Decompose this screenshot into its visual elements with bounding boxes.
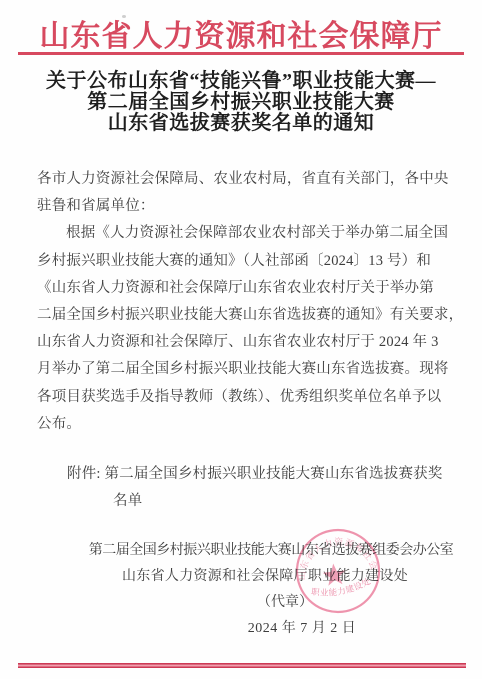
seal-bottom-text: 职业能力建设处 [309, 575, 373, 599]
official-seal: 山东省人力资源和社会保障厅 职业能力建设处 [290, 523, 387, 620]
body-line: 乡村振兴职业技能大赛的通知》（人社部函〔2024〕13 号）和 [37, 248, 449, 275]
document-title-line-3: 山东省选拔赛获奖名单的通知 [0, 113, 482, 134]
body-line: 根据《人力资源社会保障部农业农村部关于举办第二届全国 [37, 220, 449, 247]
body-line: 公布。 [37, 411, 449, 438]
document-title-line-1: 关于公布山东省“技能兴鲁”职业技能大赛— [0, 71, 482, 92]
signoff-proxy-note: （代章） [0, 590, 482, 616]
letterhead-agency-title: 山东省人力资源和社会保障厅 [0, 21, 482, 53]
letterhead-rule [18, 52, 464, 55]
attachment-line-2: 名单 [37, 488, 449, 515]
body-line: 月举办了第二届全国乡村振兴职业技能大赛山东省选拔赛。现将 [37, 356, 449, 383]
document-page: 山东省人力资源和社会保障厅 关于公布山东省“技能兴鲁”职业技能大赛— 第二届全国… [0, 0, 482, 679]
salutation-line: 各市人力资源社会保障局、农业农村局，省直有关部门，各中央 [37, 166, 449, 193]
scan-artifact [122, 15, 126, 18]
body-line: 山东省人力资源和社会保障厅、山东省农业农村厅于 2024 年 3 [37, 329, 449, 356]
document-title-line-2: 第二届全国乡村振兴职业技能大赛 [0, 92, 482, 113]
signoff-org-line-2: 山东省人力资源和社会保障厅职业能力建设处 [0, 564, 482, 590]
signoff-org-line-1: 第二届全国乡村振兴职业技能大赛山东省选拔赛组委会办公室 [0, 538, 482, 564]
body-line: 二届全国乡村振兴职业技能大赛山东省选拔赛的通知》有关要求， [37, 302, 449, 329]
body-line: 各项目获奖选手及指导教师（教练）、优秀组织奖单位名单予以 [37, 384, 449, 411]
signoff-date: 2024 年 7 月 2 日 [0, 616, 482, 642]
signoff-block: 第二届全国乡村振兴职业技能大赛山东省选拔赛组委会办公室 山东省人力资源和社会保障… [0, 538, 482, 642]
attachment-note: 附件: 第二届全国乡村振兴职业技能大赛山东省选拔赛获奖 名单 [37, 461, 449, 515]
body-text: 各市人力资源社会保障局、农业农村局，省直有关部门，各中央 驻鲁和省属单位： 根据… [37, 166, 449, 438]
attachment-line-1: 附件: 第二届全国乡村振兴职业技能大赛山东省选拔赛获奖 [37, 461, 449, 488]
seal-star-icon [322, 562, 347, 586]
document-title: 关于公布山东省“技能兴鲁”职业技能大赛— 第二届全国乡村振兴职业技能大赛 山东省… [0, 71, 482, 134]
salutation-line: 驻鲁和省属单位： [37, 193, 449, 220]
footer-rule [18, 663, 466, 668]
body-line: 《山东省人力资源和社会保障厅山东省农业农村厅关于举办第 [37, 275, 449, 302]
svg-text:职业能力建设处: 职业能力建设处 [309, 575, 373, 599]
